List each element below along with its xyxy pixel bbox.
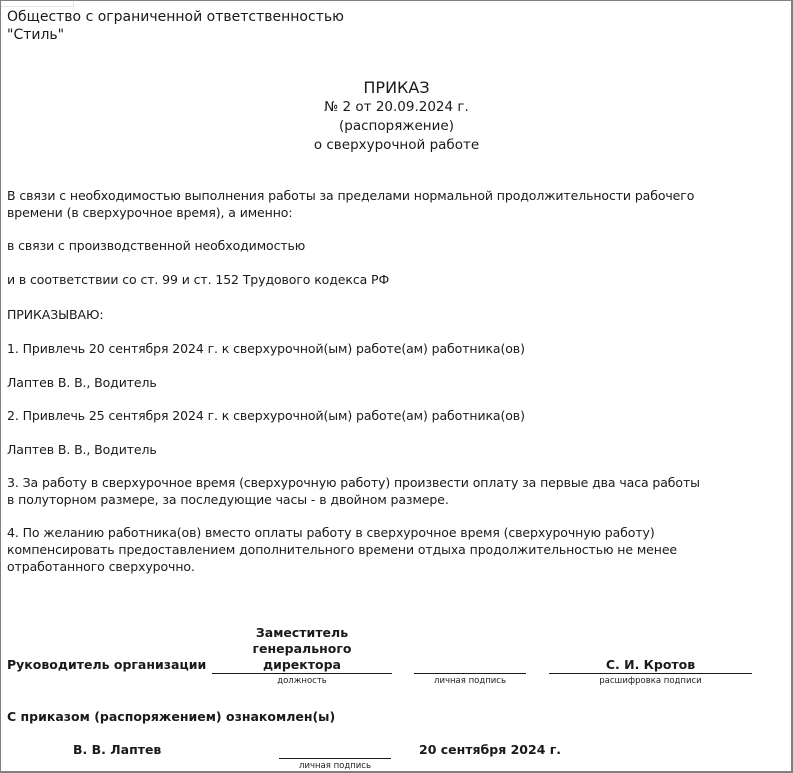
position-value: Заместитель генерального директора (212, 625, 392, 673)
order-item-4: 4. По желанию работника(ов) вместо оплат… (7, 524, 677, 575)
order-title: ПРИКАЗ (0, 78, 793, 98)
organization-name: Общество с ограниченной ответственностью… (7, 8, 344, 44)
position-underline (212, 673, 392, 674)
order-item-4-line-2: компенсировать предоставлением дополните… (7, 541, 677, 558)
position-line-3: директора (212, 657, 392, 673)
intro-line-2: времени (в сверхурочное время), а именно… (7, 204, 694, 221)
acknowledgement-signature-line (279, 758, 391, 759)
order-item-3: 3. За работу в сверхурочное время (сверх… (7, 474, 700, 508)
order-item-4-line-1: 4. По желанию работника(ов) вместо оплат… (7, 524, 677, 541)
head-name: С. И. Кротов (549, 657, 752, 672)
order-number-date: № 2 от 20.09.2024 г. (0, 98, 793, 117)
order-item-3-line-2: в полуторном размере, за последующие час… (7, 491, 700, 508)
order-item-1: 1. Привлечь 20 сентября 2024 г. к сверху… (7, 340, 525, 357)
order-word: ПРИКАЗЫВАЮ: (7, 306, 104, 323)
order-subject: о сверхурочной работе (0, 136, 793, 155)
order-item-2-employee: Лаптев В. В., Водитель (7, 441, 157, 458)
legal-basis-text: и в соответствии со ст. 99 и ст. 152 Тру… (7, 271, 389, 288)
head-signature-caption: личная подпись (414, 676, 526, 686)
organization-line-1: Общество с ограниченной ответственностью (7, 8, 344, 26)
acknowledgement-label: С приказом (распоряжением) ознакомлен(ы) (7, 709, 335, 724)
acknowledgement-signature-caption: личная подпись (279, 761, 391, 771)
head-name-caption: расшифровка подписи (549, 676, 752, 686)
intro-paragraph: В связи с необходимостью выполнения рабо… (7, 187, 694, 221)
intro-line-1: В связи с необходимостью выполнения рабо… (7, 187, 694, 204)
order-item-1-employee: Лаптев В. В., Водитель (7, 374, 157, 391)
order-item-3-line-1: 3. За работу в сверхурочное время (сверх… (7, 474, 700, 491)
organization-line-2: "Стиль" (7, 26, 344, 44)
reason-text: в связи с производственной необходимость… (7, 237, 305, 254)
order-item-2: 2. Привлечь 25 сентября 2024 г. к сверху… (7, 407, 525, 424)
head-name-underline (549, 673, 752, 674)
order-header: ПРИКАЗ № 2 от 20.09.2024 г. (распоряжени… (0, 78, 793, 155)
position-line-1: Заместитель (212, 625, 392, 641)
order-item-4-line-3: отработанного сверхурочно. (7, 558, 677, 575)
frame-tab-edge (1, 1, 74, 7)
acknowledgement-date: 20 сентября 2024 г. (419, 742, 561, 757)
position-line-2: генерального (212, 641, 392, 657)
order-type: (распоряжение) (0, 117, 793, 136)
head-label: Руководитель организации (7, 657, 206, 672)
acknowledgement-employee-name: В. В. Лаптев (73, 742, 161, 757)
position-caption: должность (212, 676, 392, 686)
head-signature-line (414, 673, 526, 674)
